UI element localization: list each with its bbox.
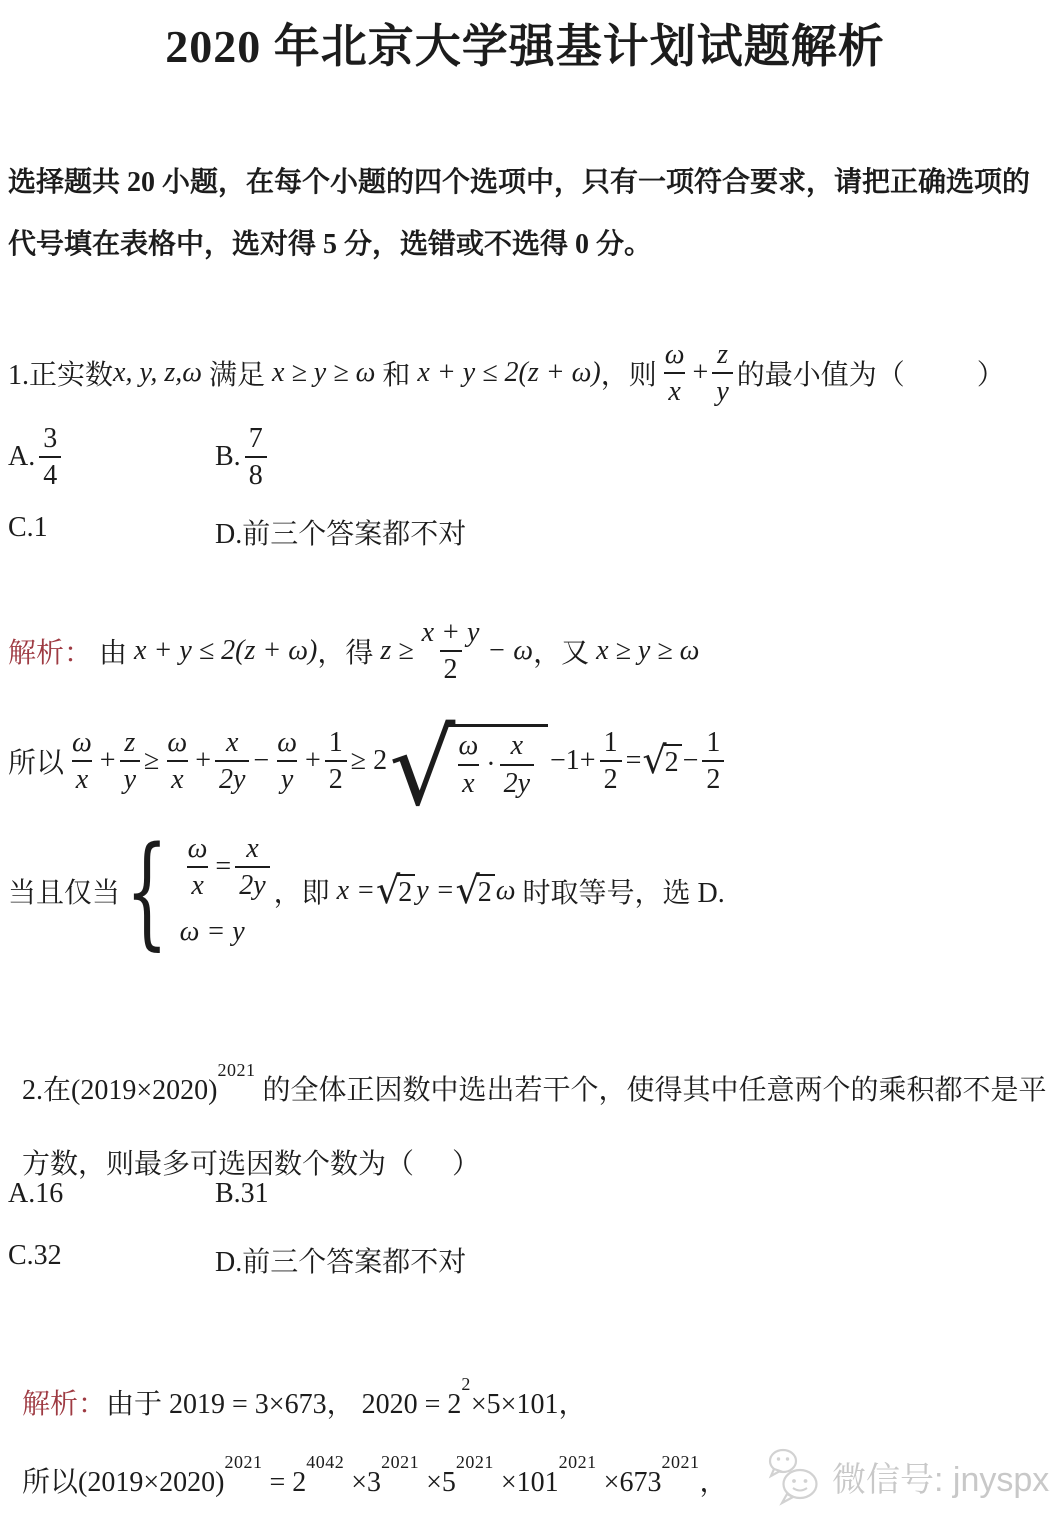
q1-text-and: 和 <box>375 353 417 393</box>
fraction-denominator: 2 <box>325 760 347 794</box>
fraction-x-over-2y: x2y <box>500 731 534 798</box>
q1-solution-line-2: 所以 ωx + zy ≥ ωx + x2y − ωy + 12 ≥ 2 √ ωx… <box>8 722 1042 800</box>
fraction-one-half: 12 <box>600 728 622 795</box>
q1-stem: 1.正实数 x, y, z,ω 满足 x ≥ y ≥ ω 和 x + y ≤ 2… <box>8 340 1042 407</box>
fraction-numerator: ω <box>184 834 212 866</box>
fraction-omega-over-x: ωx <box>163 728 191 795</box>
fraction-denominator: 2y <box>500 764 534 798</box>
page-title: 2020 年北京大学强基计划试题解析 <box>8 10 1042 76</box>
q1-variables: x, y, z,ω <box>113 357 202 389</box>
q1-solution-line-3: 当且仅当 { ωx = x2y ω = y ，即 x = √2 y = √2 ω… <box>8 830 1042 952</box>
sqrt-two: √2 <box>642 744 681 779</box>
sol1-text-also: ，又 <box>533 631 596 671</box>
radicand: ωx · x2y <box>448 724 548 798</box>
q2-options-row-2: C.32 D.前三个答案都不对 <box>8 1240 1042 1272</box>
watermark-text: 微信号: jnyspxxx <box>832 1452 1050 1501</box>
q1-option-a: A. 34 <box>8 424 65 491</box>
fraction-numerator: 1 <box>325 728 347 760</box>
exponent: 2021 <box>224 1452 262 1472</box>
sqrt-two: √2 <box>376 874 415 909</box>
q2-option-c: C.32 <box>8 1240 62 1271</box>
system-equation-2: ω = y <box>180 916 274 948</box>
q2-close-paren: ） <box>452 1149 480 1180</box>
sol1-text-iff: 当且仅当 <box>8 871 120 911</box>
fraction-denominator: y <box>120 760 140 794</box>
fraction-numerator: 1 <box>600 728 622 760</box>
fraction-seven-eighths: 78 <box>245 424 267 491</box>
q2-solution-line-1: 解析：由于 2019 = 3×673， 2020 = 22×5×101， <box>8 1350 1042 1422</box>
exponent: 2021 <box>559 1452 597 1472</box>
fraction-numerator: ω <box>454 731 482 763</box>
exponent: 4042 <box>306 1452 344 1472</box>
q2-stem-line-2: 方数，则最多可选因数个数为（） <box>8 1110 1042 1182</box>
watermark: 微信号: jnyspxxx <box>764 1446 1050 1506</box>
q2-base-expression: (2019×2020) <box>71 1075 217 1106</box>
sol1-text-get: ，得 <box>317 631 380 671</box>
fraction-numerator: z <box>713 340 732 372</box>
q1-number-text: 1.正实数 <box>8 353 113 393</box>
fraction-numerator: x + y <box>418 618 484 650</box>
fraction-denominator: x <box>458 764 478 798</box>
wechat-icon <box>764 1446 822 1506</box>
exponent: 2021 <box>456 1452 494 1472</box>
sol1-minus-omega: − ω <box>487 635 533 667</box>
fraction-numerator: ω <box>68 728 96 760</box>
q1-options-row-1: A. 34 B. 78 <box>8 424 1042 491</box>
fraction-xy-over-2: x + y2 <box>418 618 484 685</box>
fraction-denominator: x <box>72 760 92 794</box>
q2-option-b: B.31 <box>215 1178 269 1210</box>
fraction-three-fourths: 34 <box>39 424 61 491</box>
plus-sign: + <box>100 745 116 777</box>
equals-sign: = <box>626 745 642 777</box>
fraction-numerator: 7 <box>245 424 267 456</box>
fraction-omega-over-x: ωx <box>184 834 212 901</box>
q1-inequality-2: x + y ≤ 2(z + ω) <box>417 357 600 389</box>
fraction-denominator: x <box>187 866 207 900</box>
sol2-times-101: ×101 <box>494 1467 559 1498</box>
fraction-denominator: y <box>277 760 297 794</box>
sol2-times-5: ×5 <box>419 1467 456 1498</box>
fraction-denominator: 2 <box>600 760 622 794</box>
q1-option-b: B. 78 <box>215 424 271 491</box>
fraction-denominator: x <box>167 760 187 794</box>
sol2-times-3: ×3 <box>344 1467 381 1498</box>
analysis-label: 解析： <box>8 631 92 671</box>
minus-sign: − <box>683 745 699 777</box>
q2-options-row-1: A.16 B.31 <box>8 1178 1042 1210</box>
sol2-factorization-rest: ×5×101， <box>471 1389 587 1420</box>
ge-two: ≥ 2 <box>351 745 387 777</box>
sol1-text-so: 所以 <box>8 741 64 781</box>
fraction-denominator: 2 <box>702 760 724 794</box>
ge-sign: ≥ <box>144 745 159 777</box>
q1-option-b-label: B. <box>215 441 241 473</box>
q1-text-minimum: 的最小值为（ <box>737 353 905 393</box>
sol1-text-equality-holds: 时取等号，选 D. <box>516 871 725 911</box>
fraction-z-over-y: zy <box>120 728 140 795</box>
intro-line-1: 选择题共 20 小题，在每个小题的四个选项中，只有一项符合要求，请把正确选项的 <box>8 160 1042 200</box>
equation-system: ωx = x2y ω = y <box>180 834 274 949</box>
q1-option-c: C.1 <box>8 512 48 543</box>
sol1-chain-inequality: x ≥ y ≥ ω <box>596 635 699 667</box>
document-page: { "colors": { "text": "#1c1c1c", "accent… <box>0 0 1050 1527</box>
fraction-numerator: 3 <box>39 424 61 456</box>
big-radical: √ ωx · x2y <box>389 722 548 800</box>
fraction-x-over-2y: x2y <box>235 834 269 901</box>
fraction-omega-over-y: ωy <box>273 728 301 795</box>
minus-one-plus: −1+ <box>550 745 596 777</box>
fraction-numerator: z <box>120 728 139 760</box>
fraction-one-half: 12 <box>702 728 724 795</box>
fraction-denominator: 2y <box>235 866 269 900</box>
plus-sign: + <box>195 745 211 777</box>
fraction-omega-over-x: ωx <box>454 731 482 798</box>
radical-sign: √ <box>376 875 400 905</box>
q1-close-paren: ） <box>977 353 1005 393</box>
fraction-denominator: 2 <box>440 650 462 684</box>
fraction-numerator: 1 <box>702 728 724 760</box>
sol2-comma: ， <box>699 1467 727 1498</box>
fraction-numerator: x <box>507 731 527 763</box>
fraction-numerator: x <box>242 834 262 866</box>
system-brace: { <box>125 830 168 952</box>
sol2-times-673: ×673 <box>597 1467 662 1498</box>
sol2-eq-2: = 2 <box>262 1467 306 1498</box>
exponent: 2021 <box>381 1452 419 1472</box>
system-equation-1: ωx = x2y <box>180 834 274 901</box>
fraction-omega-over-x: ωx <box>661 340 689 407</box>
sol1-z-ge: z ≥ <box>380 635 413 667</box>
radical-sign: √ <box>389 729 455 807</box>
fraction-omega-over-x: ωx <box>68 728 96 795</box>
q1-text-then: ，则 <box>601 353 657 393</box>
fraction-denominator: 4 <box>39 456 61 490</box>
q1-option-d: D.前三个答案都不对 <box>215 512 466 552</box>
fraction-numerator: ω <box>661 340 689 372</box>
q2-option-d: D.前三个答案都不对 <box>215 1240 466 1280</box>
sol2-text-so: 所以 <box>22 1467 78 1498</box>
q2-stem-text-2: 方数，则最多可选因数个数为（ <box>22 1149 414 1180</box>
q2-option-a: A.16 <box>8 1178 63 1209</box>
q1-solution-line-1: 解析： 由 x + y ≤ 2(z + ω) ，得 z ≥ x + y2 − ω… <box>8 618 1042 685</box>
dot-sign: · <box>486 749 495 781</box>
fraction-denominator: 2y <box>215 760 249 794</box>
intro-line-2: 代号填在表格中，选对得 5 分，选错或不选得 0 分。 <box>8 222 1042 262</box>
analysis-label: 解析： <box>22 1389 106 1420</box>
q1-options-row-2: C.1 D.前三个答案都不对 <box>8 512 1042 544</box>
q1-text-satisfy: 满足 <box>202 353 272 393</box>
radical-sign: √ <box>456 875 480 905</box>
fraction-numerator: ω <box>273 728 301 760</box>
q2-number-text: 2.在 <box>22 1075 71 1106</box>
q2-stem-text: 的全体正因数中选出若干个，使得其中任意两个的乘积都不是平 <box>255 1075 1046 1106</box>
fraction-x-over-2y: x2y <box>215 728 249 795</box>
q2-stem-line-1: 2.在(2019×2020)2021 的全体正因数中选出若干个，使得其中任意两个… <box>8 1036 1042 1108</box>
plus-sign: + <box>305 745 321 777</box>
fraction-denominator: x <box>664 372 684 406</box>
q2-exponent: 2021 <box>217 1060 255 1080</box>
sol1-text-from: 由 <box>92 631 134 671</box>
q1-inequality-1: x ≥ y ≥ ω <box>272 357 375 389</box>
exponent: 2 <box>461 1374 471 1394</box>
equals-sign: = <box>215 851 231 883</box>
fraction-numerator: ω <box>163 728 191 760</box>
fraction-numerator: x <box>222 728 242 760</box>
fraction-denominator: y <box>712 372 732 406</box>
fraction-z-over-y: zy <box>712 340 732 407</box>
sol1-omega: ω <box>496 875 516 907</box>
minus-sign: − <box>253 745 269 777</box>
sol2-base-expression: (2019×2020) <box>78 1467 224 1498</box>
exponent: 2021 <box>661 1452 699 1472</box>
fraction-one-half: 12 <box>325 728 347 795</box>
q1-option-a-label: A. <box>8 441 35 473</box>
radical-sign: √ <box>642 745 666 775</box>
fraction-denominator: 8 <box>245 456 267 490</box>
sol1-text-namely: ，即 <box>274 871 337 911</box>
sol1-inequality: x + y ≤ 2(z + ω) <box>134 635 317 667</box>
plus-sign: + <box>693 357 709 389</box>
sol2-factorization: 由于 2019 = 3×673， 2020 = 2 <box>106 1389 461 1420</box>
sqrt-two: √2 <box>456 874 495 909</box>
sol1-y-equals: y = <box>416 875 454 907</box>
sol1-x-equals: x = <box>337 875 375 907</box>
